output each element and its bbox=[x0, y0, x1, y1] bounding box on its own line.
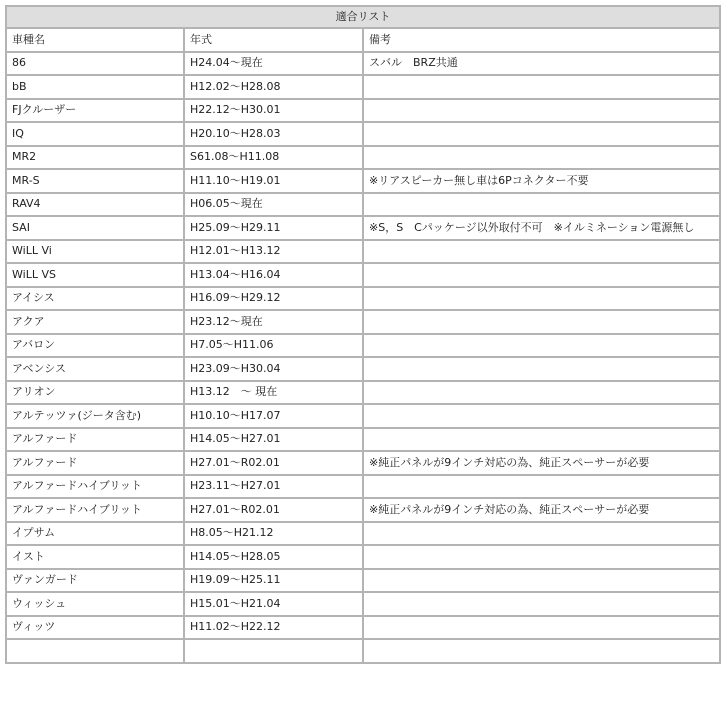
cell-years: H13.12 〜 現在 bbox=[184, 381, 363, 405]
cell-note: ※S，S Cパッケージ以外取付不可 ※イルミネーション電源無し bbox=[363, 216, 720, 240]
cell-years: H06.05〜現在 bbox=[184, 193, 363, 217]
table-row: RAV4H06.05〜現在 bbox=[6, 193, 720, 217]
cell-note bbox=[363, 75, 720, 99]
cell-years: H25.09〜H29.11 bbox=[184, 216, 363, 240]
table-row: アクアH23.12〜現在 bbox=[6, 310, 720, 334]
cell-model: bB bbox=[6, 75, 184, 99]
cell-model bbox=[6, 639, 184, 663]
cell-years: H23.11〜H27.01 bbox=[184, 475, 363, 499]
cell-note: ※リアスピーカー無し車は6Pコネクター不要 bbox=[363, 169, 720, 193]
cell-years: H11.02〜H22.12 bbox=[184, 616, 363, 640]
cell-model: アルファードハイブリット bbox=[6, 498, 184, 522]
table-title-row: 適合リスト bbox=[6, 6, 720, 28]
cell-model: IQ bbox=[6, 122, 184, 146]
cell-note bbox=[363, 569, 720, 593]
cell-years bbox=[184, 639, 363, 663]
cell-model: アルファードハイブリット bbox=[6, 475, 184, 499]
cell-model: アクア bbox=[6, 310, 184, 334]
cell-model: MR-S bbox=[6, 169, 184, 193]
cell-model: アルファード bbox=[6, 428, 184, 452]
cell-note bbox=[363, 592, 720, 616]
cell-years: H27.01〜R02.01 bbox=[184, 498, 363, 522]
cell-model: アベンシス bbox=[6, 357, 184, 381]
cell-note bbox=[363, 310, 720, 334]
cell-years: H20.10〜H28.03 bbox=[184, 122, 363, 146]
table-row: アルファードハイブリットH27.01〜R02.01※純正パネルが9インチ対応の為… bbox=[6, 498, 720, 522]
table-row: イプサムH8.05〜H21.12 bbox=[6, 522, 720, 546]
cell-model: イスト bbox=[6, 545, 184, 569]
cell-model: イプサム bbox=[6, 522, 184, 546]
table-row: 86H24.04〜現在スバル BRZ共通 bbox=[6, 52, 720, 76]
cell-years: H7.05〜H11.06 bbox=[184, 334, 363, 358]
table-row bbox=[6, 639, 720, 663]
table-row: bBH12.02〜H28.08 bbox=[6, 75, 720, 99]
table-row: ヴィッツH11.02〜H22.12 bbox=[6, 616, 720, 640]
cell-note bbox=[363, 146, 720, 170]
cell-years: H12.02〜H28.08 bbox=[184, 75, 363, 99]
cell-years: H15.01〜H21.04 bbox=[184, 592, 363, 616]
cell-model: FJクルーザー bbox=[6, 99, 184, 123]
cell-model: アリオン bbox=[6, 381, 184, 405]
cell-years: H16.09〜H29.12 bbox=[184, 287, 363, 311]
table-row: MR2S61.08〜H11.08 bbox=[6, 146, 720, 170]
cell-model: 86 bbox=[6, 52, 184, 76]
cell-note bbox=[363, 404, 720, 428]
table-row: アルファードH27.01〜R02.01※純正パネルが9インチ対応の為、純正スペー… bbox=[6, 451, 720, 475]
cell-years: H13.04〜H16.04 bbox=[184, 263, 363, 287]
cell-model: ヴァンガード bbox=[6, 569, 184, 593]
cell-note: ※純正パネルが9インチ対応の為、純正スペーサーが必要 bbox=[363, 498, 720, 522]
compat-list-container: 適合リスト 車種名 年式 備考 86H24.04〜現在スバル BRZ共通bBH1… bbox=[5, 5, 719, 664]
table-header-row: 車種名 年式 備考 bbox=[6, 28, 720, 52]
cell-note bbox=[363, 381, 720, 405]
cell-years: H14.05〜H28.05 bbox=[184, 545, 363, 569]
cell-note bbox=[363, 428, 720, 452]
table-row: アルファードH14.05〜H27.01 bbox=[6, 428, 720, 452]
cell-note bbox=[363, 639, 720, 663]
cell-note bbox=[363, 263, 720, 287]
cell-model: RAV4 bbox=[6, 193, 184, 217]
cell-note bbox=[363, 240, 720, 264]
cell-years: H27.01〜R02.01 bbox=[184, 451, 363, 475]
cell-model: アルテッツァ(ジータ含む) bbox=[6, 404, 184, 428]
table-row: アバロンH7.05〜H11.06 bbox=[6, 334, 720, 358]
cell-note: スバル BRZ共通 bbox=[363, 52, 720, 76]
cell-years: H12.01〜H13.12 bbox=[184, 240, 363, 264]
table-row: アイシスH16.09〜H29.12 bbox=[6, 287, 720, 311]
compatibility-table: 適合リスト 車種名 年式 備考 86H24.04〜現在スバル BRZ共通bBH1… bbox=[5, 5, 721, 664]
table-row: アリオンH13.12 〜 現在 bbox=[6, 381, 720, 405]
table-body: 86H24.04〜現在スバル BRZ共通bBH12.02〜H28.08FJクルー… bbox=[6, 52, 720, 663]
cell-model: アバロン bbox=[6, 334, 184, 358]
table-row: WiLL VSH13.04〜H16.04 bbox=[6, 263, 720, 287]
cell-note bbox=[363, 193, 720, 217]
cell-years: S61.08〜H11.08 bbox=[184, 146, 363, 170]
cell-model: ウィッシュ bbox=[6, 592, 184, 616]
table-row: アルテッツァ(ジータ含む)H10.10〜H17.07 bbox=[6, 404, 720, 428]
cell-years: H8.05〜H21.12 bbox=[184, 522, 363, 546]
cell-note bbox=[363, 616, 720, 640]
cell-years: H24.04〜現在 bbox=[184, 52, 363, 76]
cell-note bbox=[363, 287, 720, 311]
cell-years: H14.05〜H27.01 bbox=[184, 428, 363, 452]
table-row: ヴァンガードH19.09〜H25.11 bbox=[6, 569, 720, 593]
cell-years: H23.09〜H30.04 bbox=[184, 357, 363, 381]
cell-model: アイシス bbox=[6, 287, 184, 311]
cell-years: H11.10〜H19.01 bbox=[184, 169, 363, 193]
table-row: IQH20.10〜H28.03 bbox=[6, 122, 720, 146]
cell-years: H22.12〜H30.01 bbox=[184, 99, 363, 123]
table-row: MR-SH11.10〜H19.01※リアスピーカー無し車は6Pコネクター不要 bbox=[6, 169, 720, 193]
cell-years: H23.12〜現在 bbox=[184, 310, 363, 334]
cell-note bbox=[363, 334, 720, 358]
cell-model: WiLL VS bbox=[6, 263, 184, 287]
cell-model: WiLL Vi bbox=[6, 240, 184, 264]
column-header-model: 車種名 bbox=[6, 28, 184, 52]
cell-note bbox=[363, 357, 720, 381]
cell-years: H19.09〜H25.11 bbox=[184, 569, 363, 593]
table-row: WiLL ViH12.01〜H13.12 bbox=[6, 240, 720, 264]
cell-note bbox=[363, 545, 720, 569]
cell-note bbox=[363, 122, 720, 146]
cell-model: SAI bbox=[6, 216, 184, 240]
cell-model: アルファード bbox=[6, 451, 184, 475]
cell-note bbox=[363, 522, 720, 546]
cell-note bbox=[363, 475, 720, 499]
cell-note: ※純正パネルが9インチ対応の為、純正スペーサーが必要 bbox=[363, 451, 720, 475]
table-row: ウィッシュH15.01〜H21.04 bbox=[6, 592, 720, 616]
table-row: FJクルーザーH22.12〜H30.01 bbox=[6, 99, 720, 123]
cell-model: ヴィッツ bbox=[6, 616, 184, 640]
table-row: アベンシスH23.09〜H30.04 bbox=[6, 357, 720, 381]
table-row: イストH14.05〜H28.05 bbox=[6, 545, 720, 569]
cell-model: MR2 bbox=[6, 146, 184, 170]
table-row: アルファードハイブリットH23.11〜H27.01 bbox=[6, 475, 720, 499]
column-header-notes: 備考 bbox=[363, 28, 720, 52]
column-header-years: 年式 bbox=[184, 28, 363, 52]
cell-note bbox=[363, 99, 720, 123]
cell-years: H10.10〜H17.07 bbox=[184, 404, 363, 428]
table-title: 適合リスト bbox=[6, 6, 720, 28]
table-row: SAIH25.09〜H29.11※S，S Cパッケージ以外取付不可 ※イルミネー… bbox=[6, 216, 720, 240]
